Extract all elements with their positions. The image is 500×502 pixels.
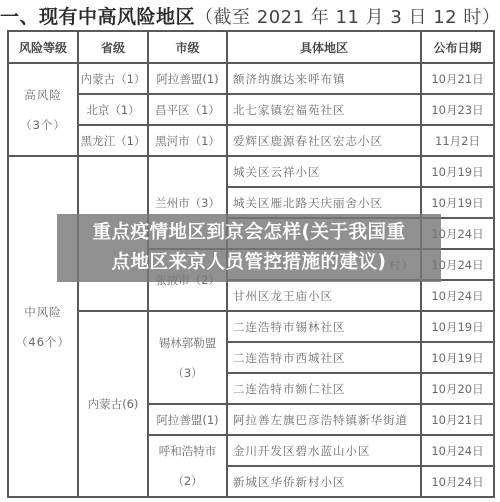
city-cell: 黑河市（1） — [148, 125, 227, 156]
table-row: 中风险 （46个） 兰州市（3） 城关区云祥小区 10月19日 — [8, 156, 494, 187]
area-cell: 新城区华侨新村小区 — [227, 466, 421, 497]
risk-level-label: 中风险 — [9, 297, 77, 327]
table-row: 高风险 （3个） 内蒙古（1） 阿拉善盟(1) 额济纳旗达来呼布镇 10月21日 — [8, 63, 494, 94]
table-row: 黑龙江（1） 黑河市（1） 爱辉区鹿源春社区宏志小区 11月2日 — [8, 125, 494, 156]
page-title: 一、现有中高风险地区（截至 2021 年 11 月 3 日 12 时） — [0, 2, 500, 29]
caption-banner: 重点疫情地区到京会怎样(关于我国重 点地区来京人员管控措施的建议) — [57, 214, 441, 282]
date-cell: 10月24日 — [421, 466, 494, 497]
city-cell: 呼和浩特市 （2） — [148, 435, 227, 497]
area-cell: 甘州区龙王庙小区 — [227, 280, 421, 311]
date-cell: 10月24日 — [421, 280, 494, 311]
date-cell: 10月21日 — [421, 63, 494, 94]
header-province: 省级 — [78, 31, 148, 63]
area-cell: 北七家镇宏福苑社区 — [227, 94, 421, 125]
city-cell: 锡林郭勒盟 （3） — [148, 311, 227, 404]
header-city: 市级 — [148, 31, 227, 63]
risk-level-count: （46个） — [9, 327, 77, 357]
date-cell: 10月23日 — [421, 94, 494, 125]
header-area: 具体地区 — [227, 31, 421, 63]
table-header-row: 风险等级 省级 市级 具体地区 公布日期 — [8, 31, 494, 63]
date-cell: 11月2日 — [421, 125, 494, 156]
table-row: 北京（1） 昌平区（1） 北七家镇宏福苑社区 10月23日 — [8, 94, 494, 125]
date-cell: 10月21日 — [421, 404, 494, 435]
date-cell: 10月24日 — [421, 435, 494, 466]
area-cell: 额济纳旗达来呼布镇 — [227, 63, 421, 94]
city-name: 呼和浩特市 — [149, 436, 226, 466]
area-cell: 阿拉善左旗巴彦浩特镇新华街道 — [227, 404, 421, 435]
caption-line-1: 重点疫情地区到京会怎样(关于我国重 — [57, 218, 441, 248]
city-cell: 阿拉善盟(1) — [148, 63, 227, 94]
title-subtitle: （截至 2021 年 11 月 3 日 12 时） — [195, 7, 500, 28]
province-cell: 北京（1） — [78, 94, 148, 125]
high-risk-level-cell: 高风险 （3个） — [8, 63, 78, 156]
city-cell: 昌平区（1） — [148, 94, 227, 125]
city-count: （3） — [149, 358, 226, 388]
medium-risk-level-cell: 中风险 （46个） — [8, 156, 78, 497]
area-cell: 城关区云祥小区 — [227, 156, 421, 187]
caption-line-2: 点地区来京人员管控措施的建议) — [57, 248, 441, 278]
header-risk-level: 风险等级 — [8, 31, 78, 63]
date-cell: 10月19日 — [421, 342, 494, 373]
risk-level-count: （3个） — [9, 110, 77, 140]
table-row: 内蒙古(6) 锡林郭勒盟 （3） 二连浩特市锡林社区 10月19日 — [8, 311, 494, 342]
area-cell: 二连浩特市锡林社区 — [227, 311, 421, 342]
area-cell: 二连浩特市西城社区 — [227, 342, 421, 373]
date-cell: 10月20日 — [421, 373, 494, 404]
city-count: （2） — [149, 466, 226, 496]
province-cell: 内蒙古（1） — [78, 63, 148, 94]
city-cell: 阿拉善盟(1) — [148, 404, 227, 435]
date-cell: 10月19日 — [421, 156, 494, 187]
area-cell: 二连浩特市额仁社区 — [227, 373, 421, 404]
area-cell: 金川开发区碧水蓝山小区 — [227, 435, 421, 466]
city-name: 锡林郭勒盟 — [149, 328, 226, 358]
area-cell: 爱辉区鹿源春社区宏志小区 — [227, 125, 421, 156]
date-cell: 10月19日 — [421, 311, 494, 342]
province-cell: 内蒙古(6) — [78, 311, 148, 497]
province-cell: 黑龙江（1） — [78, 125, 148, 156]
risk-level-label: 高风险 — [9, 80, 77, 110]
header-date: 公布日期 — [421, 31, 494, 63]
title-main: 一、现有中高风险地区 — [0, 6, 195, 28]
